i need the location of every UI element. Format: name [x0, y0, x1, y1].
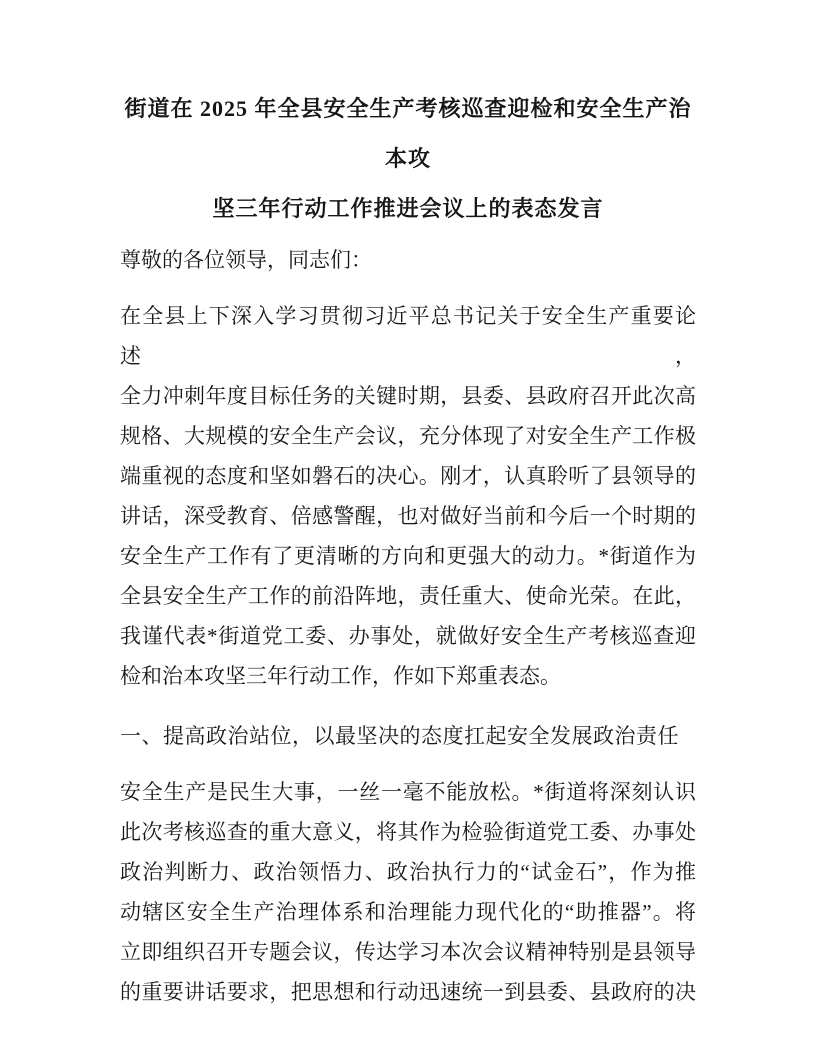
paragraph-2-line-4: 动辖区安全生产治理体系和治理能力现代化的“助推器”。将	[120, 892, 696, 932]
paragraph-1-line-9: 检和治本攻坚三年行动工作，作如下郑重表态。	[120, 656, 696, 696]
paragraph-1-line-1: 在全县上下深入学习贯彻习近平总书记关于安全生产重要论述，	[120, 296, 696, 376]
document-title-line-1: 街道在 2025 年全县安全生产考核巡查迎检和安全生产治本攻	[120, 84, 696, 184]
paragraph-1-line-6: 安全生产工作有了更清晰的方向和更强大的动力。*街道作为	[120, 536, 696, 576]
document-title-line-2: 坚三年行动工作推进会议上的表态发言	[120, 184, 696, 234]
paragraph-1-line-2: 全力冲刺年度目标任务的关键时期，县委、县政府召开此次高	[120, 376, 696, 416]
section-heading-1: 一、提高政治站位，以最坚决的态度扛起安全发展政治责任	[120, 716, 696, 756]
paragraph-2: 安全生产是民生大事，一丝一毫不能放松。*街道将深刻认识 此次考核巡查的重大意义，…	[120, 772, 696, 1012]
paragraph-2-line-1: 安全生产是民生大事，一丝一毫不能放松。*街道将深刻认识	[120, 772, 696, 812]
document-title: 街道在 2025 年全县安全生产考核巡查迎检和安全生产治本攻 坚三年行动工作推进…	[120, 84, 696, 234]
paragraph-1-line-3: 规格、大规模的安全生产会议，充分体现了对安全生产工作极	[120, 416, 696, 456]
paragraph-1-line-5: 讲话，深受教育、倍感警醒，也对做好当前和今后一个时期的	[120, 496, 696, 536]
paragraph-2-line-2: 此次考核巡查的重大意义，将其作为检验街道党工委、办事处	[120, 812, 696, 852]
paragraph-1-line-4: 端重视的态度和坚如磐石的决心。刚才，认真聆听了县领导的	[120, 456, 696, 496]
salutation: 尊敬的各位领导，同志们：	[120, 240, 696, 280]
paragraph-1-line-7: 全县安全生产工作的前沿阵地，责任重大、使命光荣。在此，	[120, 576, 696, 616]
paragraph-1-line-8: 我谨代表*街道党工委、办事处，就做好安全生产考核巡查迎	[120, 616, 696, 656]
document-page: 街道在 2025 年全县安全生产考核巡查迎检和安全生产治本攻 坚三年行动工作推进…	[0, 0, 816, 1056]
paragraph-2-line-3: 政治判断力、政治领悟力、政治执行力的“试金石”，作为推	[120, 852, 696, 892]
paragraph-2-line-5: 立即组织召开专题会议，传达学习本次会议精神特别是县领导	[120, 932, 696, 972]
paragraph-1: 在全县上下深入学习贯彻习近平总书记关于安全生产重要论述， 全力冲刺年度目标任务的…	[120, 296, 696, 696]
paragraph-2-line-6: 的重要讲话要求，把思想和行动迅速统一到县委、县政府的决	[120, 972, 696, 1012]
